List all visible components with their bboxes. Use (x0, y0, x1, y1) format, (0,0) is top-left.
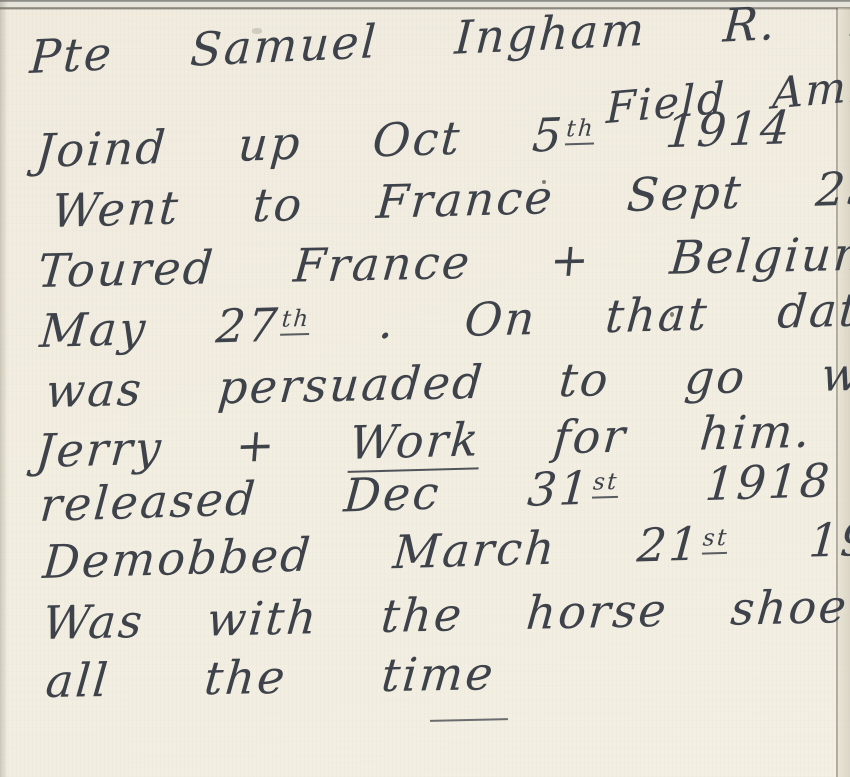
line9-post: 1919 (807, 510, 850, 568)
line2-post: 1914 (664, 100, 794, 158)
line11-text: all the time (44, 646, 498, 708)
page-left-edge-shadow (0, 0, 8, 777)
note-line-name: Pte Samuel Ingham R. A. M. (28, 0, 850, 84)
end-dash-mark (430, 718, 508, 722)
line5-post: . On that date (377, 282, 850, 349)
line7-pre: Jerry + (34, 418, 279, 478)
scanned-note-page: Pte Samuel Ingham R. A. M. Field Amb Joi… (0, 0, 850, 777)
line9-ordinal: st (702, 525, 730, 555)
line5-pre: May 27 (38, 298, 282, 358)
line8-post: 1918 (703, 453, 833, 511)
line5-ordinal: th (281, 306, 312, 336)
line8-ordinal: st (592, 469, 620, 499)
line1-text: Pte Samuel Ingham R. A. M. (28, 0, 850, 84)
note-line-all-the-time: all the time (44, 646, 498, 708)
line2-ordinal: th (565, 115, 596, 145)
line2-pre: Joind up Oct 5 (34, 107, 566, 178)
